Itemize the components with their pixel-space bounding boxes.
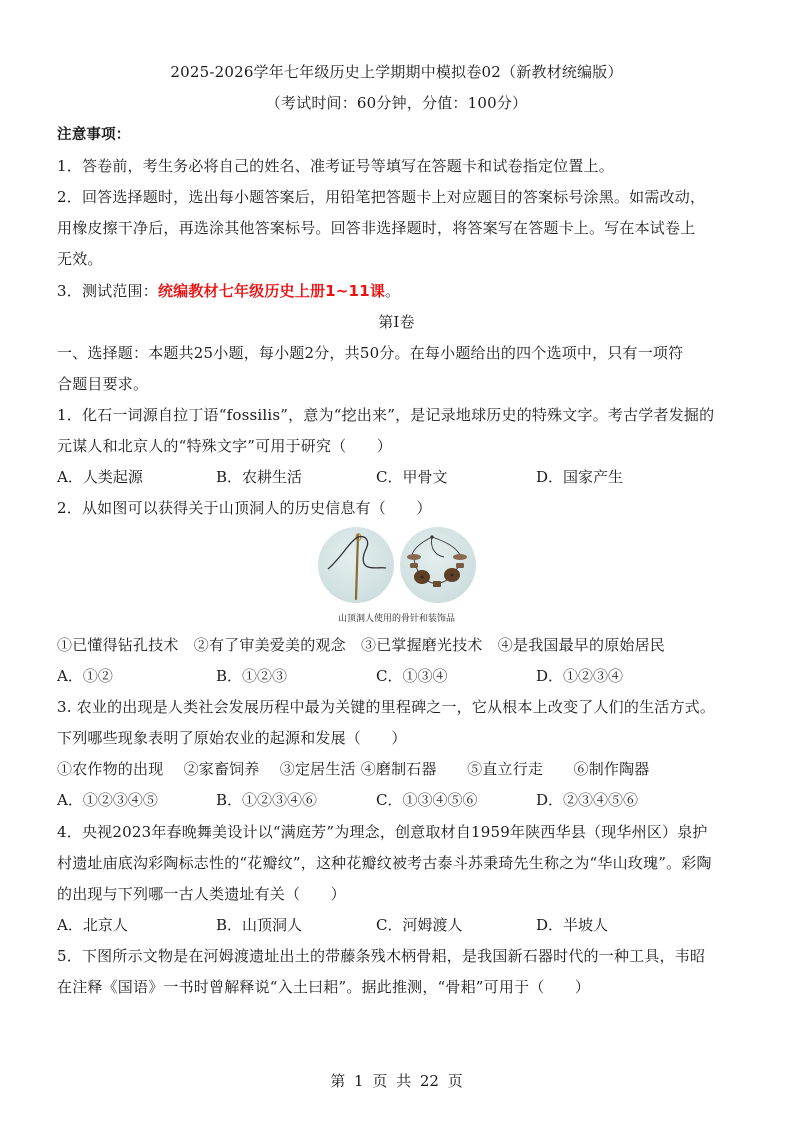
notice-item-3: 3．测试范围：统编教材七年级历史上册1~11课。	[57, 281, 400, 301]
q3-statements: ①农作物的出现 ②家畜饲养 ③定居生活 ④磨制石器 ⑤直立行走 ⑥制作陶器	[57, 759, 650, 779]
exam-page: 2025-2026学年七年级历史上学期期中模拟卷02（新教材统编版） （考试时间…	[0, 0, 793, 1122]
scope-value: 统编教材七年级历史上册1~11课	[158, 282, 385, 300]
document-title: 2025-2026学年七年级历史上学期期中模拟卷02（新教材统编版）	[0, 62, 793, 82]
volume-heading: 第Ⅰ卷	[0, 312, 793, 332]
q1-option-b: B．农耕生活	[216, 467, 302, 487]
q2-figure-caption: 山顶洞人使用的骨针和装饰品	[0, 612, 793, 626]
q4-option-b: B．山顶洞人	[216, 915, 302, 935]
q4-stem-line-1: 4．央视2023年春晚舞美设计以“满庭芳”为理念，创意取材自1959年陕西华县（…	[57, 822, 708, 842]
section-instruction-cont: 合题目要求。	[57, 374, 148, 394]
q1-option-c: C．甲骨文	[376, 467, 447, 487]
q4-stem-line-2: 村遗址庙底沟彩陶标志性的“花瓣纹”，这种花瓣纹被考古泰斗苏秉琦先生称之为“华山玫…	[57, 853, 712, 873]
q2-stem: 2．从如图可以获得关于山顶洞人的历史信息有（ ）	[57, 498, 432, 518]
q2-option-b: B．①②③	[216, 666, 287, 686]
q3-option-b: B．①②③④⑥	[216, 790, 317, 810]
notice-heading: 注意事项：	[57, 125, 131, 145]
ornament-image	[400, 527, 476, 603]
scope-end: 。	[385, 282, 400, 300]
q1-stem-line-1: 1．化石一词源自拉丁语“fossilis”，意为“挖出来”，是记录地球历史的特殊…	[57, 405, 714, 425]
section-instruction: 一、选择题：本题共25小题，每小题2分，共50分。在每小题给出的四个选项中，只有…	[57, 343, 683, 363]
q5-stem-line-2: 在注释《国语》一书时曾解释说“入土曰耜”。据此推测，“骨耜”可用于（ ）	[57, 977, 590, 997]
notice-item-2-cont: 用橡皮擦干净后，再选涂其他答案标号。回答非选择题时，将答案写在答题卡上。写在本试…	[57, 218, 695, 238]
q3-option-d: D．②③④⑤⑥	[536, 790, 638, 810]
q2-option-c: C．①③④	[376, 666, 447, 686]
q4-option-d: D．半坡人	[536, 915, 608, 935]
q3-option-c: C．①③④⑤⑥	[376, 790, 477, 810]
q4-stem-line-3: 的出现与下列哪一古人类遗址有关（ ）	[57, 884, 346, 904]
q2-option-a: A．①②	[57, 666, 113, 686]
ornament-necklace-icon	[400, 527, 476, 603]
q3-option-a: A．①②③④⑤	[57, 790, 158, 810]
q5-stem-line-1: 5．下图所示文物是在河姆渡遗址出土的带藤条残木柄骨耜，是我国新石器时代的一种工具…	[57, 946, 705, 966]
document-subtitle: （考试时间：60分钟，分值：100分）	[0, 93, 793, 113]
q4-option-c: C．河姆渡人	[376, 915, 462, 935]
bone-needle-image	[318, 527, 394, 603]
q3-stem-line-1: 3. 农业的出现是人类社会发展历程中最为关键的里程碑之一，它从根本上改变了人们的…	[57, 697, 715, 717]
q2-figure	[318, 527, 478, 605]
page-footer: 第 1 页 共 22 页	[0, 1071, 793, 1091]
scope-label: 3．测试范围：	[57, 282, 158, 300]
notice-item-2-end: 无效。	[57, 249, 103, 269]
q1-option-a: A．人类起源	[57, 467, 143, 487]
q4-option-a: A．北京人	[57, 915, 128, 935]
q1-stem-line-2: 元谋人和北京人的“特殊文字”可用于研究（ ）	[57, 436, 392, 456]
notice-item-1: 1．答卷前，考生务必将自己的姓名、准考证号等填写在答题卡和试卷指定位置上。	[57, 156, 614, 176]
q2-statements: ①已懂得钻孔技术 ②有了审美爱美的观念 ③已掌握磨光技术 ④是我国最早的原始居民	[57, 635, 665, 655]
q1-option-d: D．国家产生	[536, 467, 623, 487]
q2-option-d: D．①②③④	[536, 666, 623, 686]
notice-item-2: 2．回答选择题时，选出每小题答案后，用铅笔把答题卡上对应题目的答案标号涂黑。如需…	[57, 187, 705, 207]
bone-needle-icon	[318, 527, 394, 603]
q3-stem-line-2: 下列哪些现象表明了原始农业的起源和发展（ ）	[57, 728, 407, 748]
